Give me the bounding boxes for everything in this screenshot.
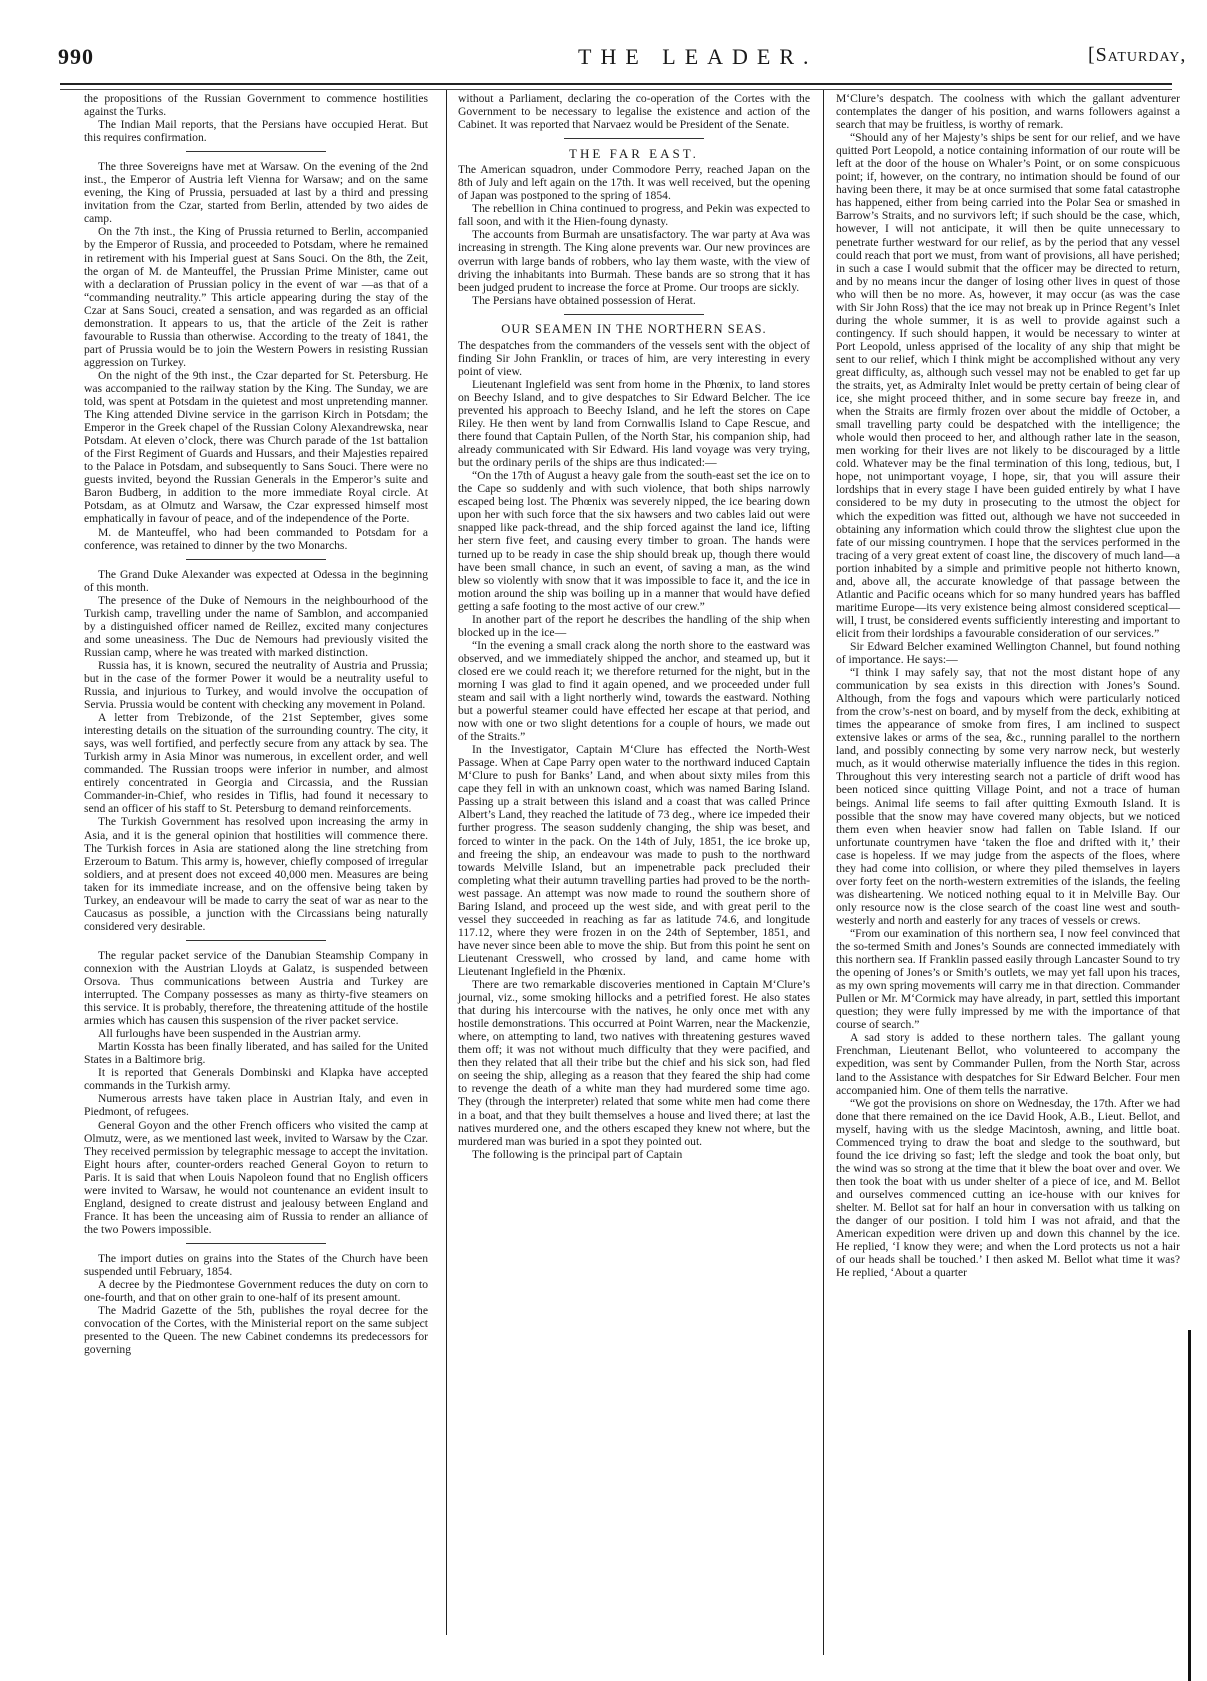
column-divider [823, 90, 824, 1655]
article-paragraph: Numerous arrests have taken place in Aus… [84, 1092, 428, 1118]
article-paragraph: A sad story is added to these northern t… [836, 1031, 1180, 1096]
article-paragraph: A decree by the Piedmontese Government r… [84, 1278, 428, 1304]
column-1: the propositions of the Russian Governme… [84, 92, 428, 1356]
article-paragraph: Sir Edward Belcher examined Wellington C… [836, 640, 1180, 666]
article-paragraph: A letter from Trebizonde, of the 21st Se… [84, 711, 428, 815]
column-divider [446, 90, 447, 1635]
article-paragraph: In another part of the report he describ… [458, 613, 810, 639]
article-paragraph: There are two remarkable discoveries men… [458, 978, 810, 1148]
article-paragraph: without a Parliament, declaring the co-o… [458, 92, 810, 131]
article-paragraph: On the 7th inst., the King of Prussia re… [84, 225, 428, 369]
article-paragraph: “I think I may safely say, that not the … [836, 666, 1180, 927]
article-paragraph: The regular packet service of the Danubi… [84, 949, 428, 1027]
article-paragraph: “Should any of her Majesty’s ships be se… [836, 131, 1180, 640]
article-paragraph: In the Investigator, Captain M‘Clure has… [458, 743, 810, 978]
article-paragraph: The rebellion in China continued to prog… [458, 202, 810, 228]
article-paragraph: Russia has, it is known, secured the neu… [84, 659, 428, 711]
article-paragraph: The Grand Duke Alexander was expected at… [84, 568, 428, 594]
section-separator [186, 151, 326, 152]
article-paragraph: M. de Manteuffel, who had been commanded… [84, 526, 428, 552]
article-paragraph: “On the 17th of August a heavy gale from… [458, 469, 810, 613]
section-separator [186, 1243, 326, 1244]
section-heading: THE FAR EAST. [458, 147, 810, 160]
article-paragraph: The accounts from Burmah are unsatisfact… [458, 228, 810, 293]
issue-day: [Saturday, [1088, 44, 1186, 67]
section-heading: OUR SEAMEN IN THE NORTHERN SEAS. [458, 323, 810, 336]
section-separator [564, 314, 704, 315]
page-edge-shadow [1188, 1330, 1191, 1681]
article-paragraph: The following is the principal part of C… [458, 1148, 810, 1161]
article-paragraph: Martin Kossta has been finally liberated… [84, 1040, 428, 1066]
column-2: without a Parliament, declaring the co-o… [458, 92, 810, 1161]
article-paragraph: General Goyon and the other French offic… [84, 1119, 428, 1236]
article-paragraph: The import duties on grains into the Sta… [84, 1252, 428, 1278]
article-paragraph: Lieutenant Inglefield was sent from home… [458, 378, 810, 469]
article-paragraph: The Turkish Government has resolved upon… [84, 815, 428, 932]
section-separator [564, 138, 704, 139]
article-paragraph: the propositions of the Russian Governme… [84, 92, 428, 118]
newspaper-title: THE LEADER. [578, 44, 818, 70]
article-paragraph: “From our examination of this northern s… [836, 927, 1180, 1031]
article-paragraph: The Madrid Gazette of the 5th, publishes… [84, 1304, 428, 1356]
article-paragraph: The American squadron, under Commodore P… [458, 163, 810, 202]
page-number: 990 [58, 44, 94, 70]
section-separator [186, 559, 326, 560]
column-3: M‘Clure’s despatch. The coolness with wh… [836, 92, 1180, 1279]
article-paragraph: “In the evening a small crack along the … [458, 639, 810, 743]
masthead-rule [60, 83, 1172, 90]
article-paragraph: The despatches from the commanders of th… [458, 339, 810, 378]
article-paragraph: The Indian Mail reports, that the Persia… [84, 118, 428, 144]
article-paragraph: The presence of the Duke of Nemours in t… [84, 594, 428, 659]
article-paragraph: It is reported that Generals Dombinski a… [84, 1066, 428, 1092]
section-separator [186, 940, 326, 941]
article-paragraph: All furloughs have been suspended in the… [84, 1027, 428, 1040]
article-paragraph: “We got the provisions on shore on Wedne… [836, 1097, 1180, 1280]
article-paragraph: The three Sovereigns have met at Warsaw.… [84, 160, 428, 225]
article-paragraph: The Persians have obtained possession of… [458, 294, 810, 307]
article-paragraph: M‘Clure’s despatch. The coolness with wh… [836, 92, 1180, 131]
article-paragraph: On the night of the 9th inst., the Czar … [84, 369, 428, 526]
